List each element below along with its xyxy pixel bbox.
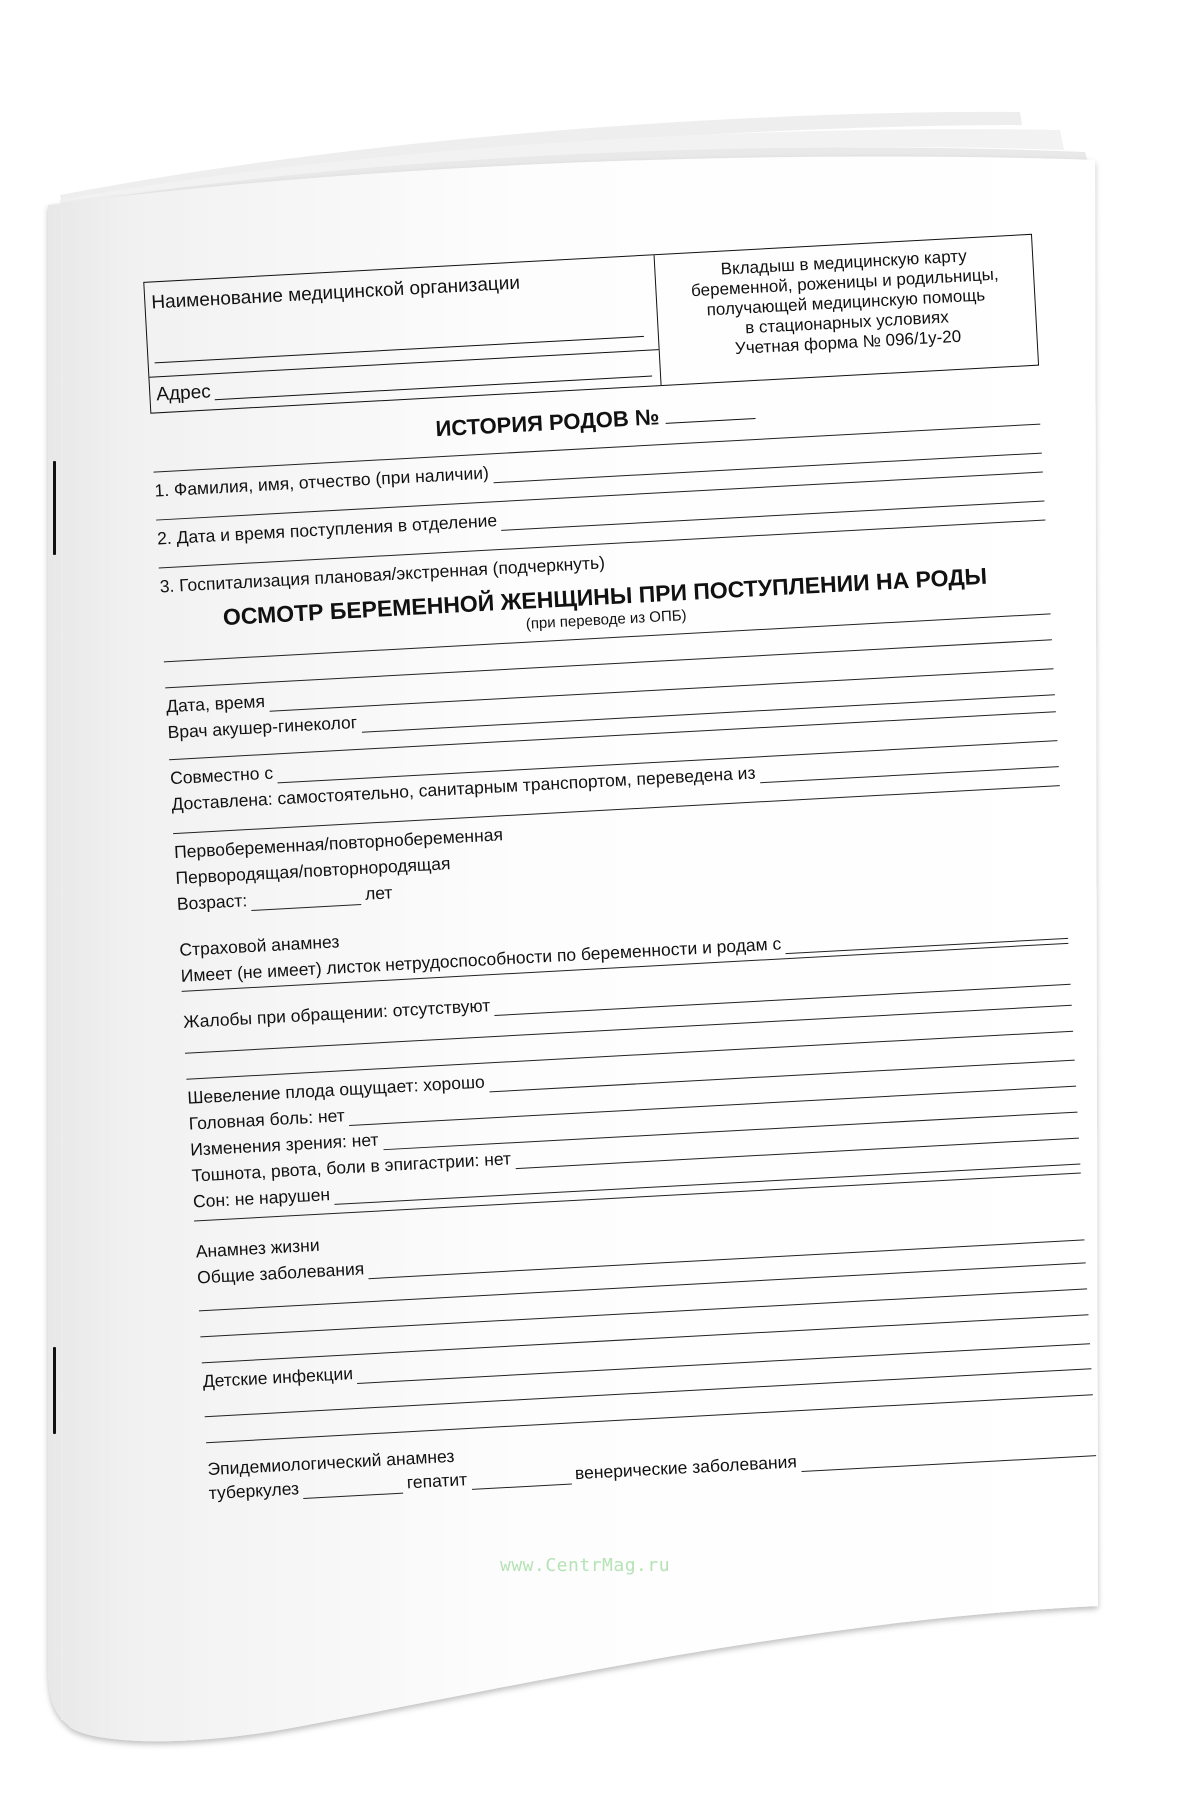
headache-label: Головная боль: нет <box>188 1105 345 1134</box>
form-sheet: Наименование медицинской организации Адр… <box>140 174 1099 1520</box>
watermark: www.CentrMag.ru <box>500 1555 670 1576</box>
organization-cell: Наименование медицинской организации Адр… <box>144 255 661 412</box>
organization-label: Наименование медицинской организации <box>151 273 521 315</box>
birth-history-number-field[interactable] <box>665 400 756 424</box>
tuberculosis-label: туберкулез <box>208 1478 299 1504</box>
delivered-field[interactable] <box>759 750 1059 783</box>
sleep-label: Сон: не нарушен <box>193 1184 331 1212</box>
address-field[interactable] <box>214 358 652 401</box>
address-label: Адрес <box>156 381 212 406</box>
age-label: Возраст: <box>176 890 247 915</box>
sick-leave-field[interactable] <box>785 922 1068 954</box>
child-infections-label: Детские инфекции <box>202 1363 353 1392</box>
together-label: Совместно с <box>170 763 274 790</box>
header-table: Наименование медицинской организации Адр… <box>143 234 1039 414</box>
staple-top <box>53 461 56 555</box>
age-field[interactable] <box>251 888 362 911</box>
form-info-cell: Вкладыш в медицинскую карту беременной, … <box>655 235 1038 385</box>
staple-bottom <box>53 1347 56 1434</box>
age-unit: лет <box>364 882 392 904</box>
hepatitis-label: гепатит <box>406 1469 467 1493</box>
booklet: Наименование медицинской организации Адр… <box>0 0 1200 1818</box>
child-infections-field[interactable] <box>357 1327 1090 1384</box>
doctor-label: Врач акушер-гинеколог <box>167 712 358 743</box>
tuberculosis-field[interactable] <box>303 1477 404 1499</box>
page-title-text: ИСТОРИЯ РОДОВ № <box>435 404 660 441</box>
organization-field[interactable] <box>155 336 644 363</box>
complaints-label: Жалобы при обращении: отсутствуют <box>183 995 491 1033</box>
hepatitis-field[interactable] <box>471 1468 572 1490</box>
life-history-title: Анамнез жизни <box>195 1235 320 1263</box>
date-time-label: Дата, время <box>166 691 266 717</box>
insurance-title: Страховой анамнез <box>179 931 340 961</box>
address-row: Адрес <box>156 358 652 407</box>
general-diseases-label: Общие заболевания <box>197 1258 365 1288</box>
child-infections-row: Детские инфекции <box>202 1322 1090 1392</box>
